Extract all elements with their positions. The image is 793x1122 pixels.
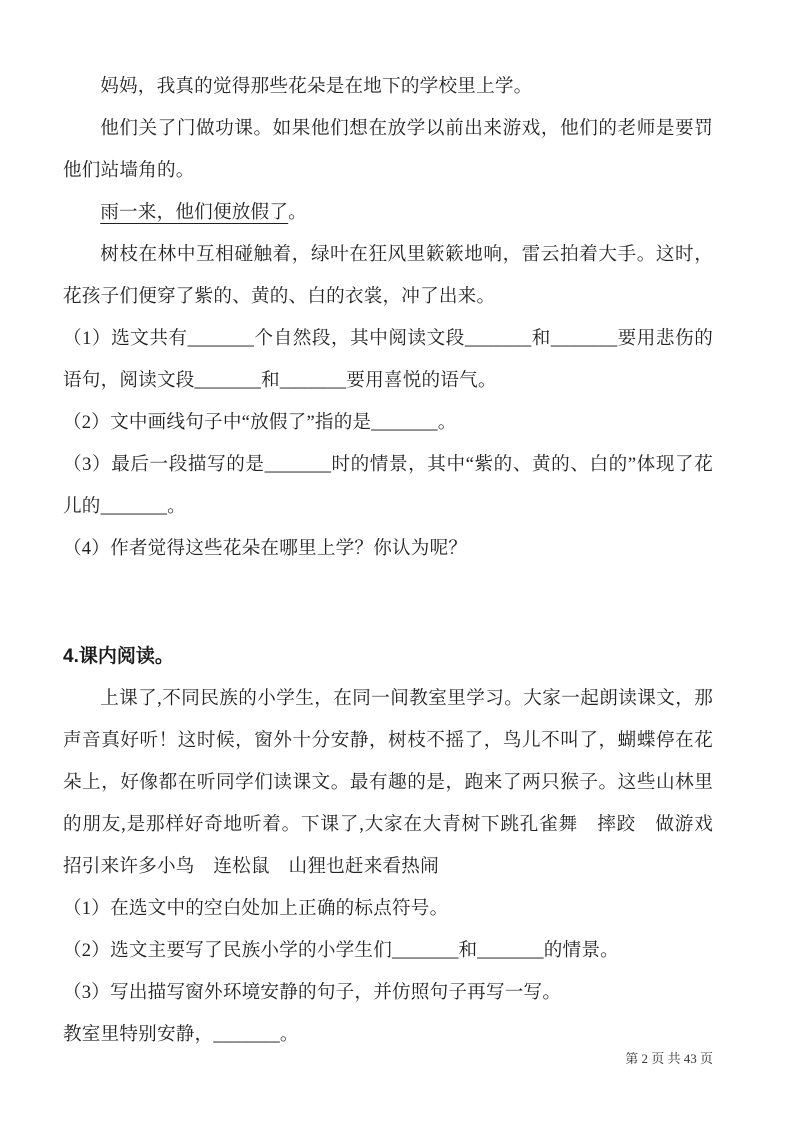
underlined-sentence-period: 。 xyxy=(288,202,307,223)
page-number-footer: 第 2 页 共 43 页 xyxy=(625,1050,713,1068)
passage-paragraph-4: 树枝在林中互相碰触着，绿叶在狂风里簌簌地响，雷云拍着大手。这时，花孩子们便穿了紫… xyxy=(63,234,713,318)
question-3-2: （2）文中画线句子中“放假了”指的是_______。 xyxy=(63,402,713,444)
passage-paragraph-1: 妈妈，我真的觉得那些花朵是在地下的学校里上学。 xyxy=(63,66,713,108)
question-3-1: （1）选文共有_______个自然段，其中阅读文段_______和_______… xyxy=(63,318,713,402)
section-4-passage: 上课了,不同民族的小学生，在同一间教室里学习。大家一起朗读课文，那声音真好听！这… xyxy=(63,678,713,888)
section-gap xyxy=(63,570,713,636)
question-4-1: （1）在选文中的空白处加上正确的标点符号。 xyxy=(63,888,713,930)
passage-paragraph-2: 他们关了门做功课。如果他们想在放学以前出来游戏，他们的老师是要罚他们站墙角的。 xyxy=(63,108,713,192)
answer-fill-line: 教室里特别安静，_______。 xyxy=(63,1014,713,1056)
question-3-3: （3）最后一段描写的是_______时的情景，其中“紫的、黄的、白的”体现了花儿… xyxy=(63,444,713,528)
question-4-3: （3）写出描写窗外环境安静的句子，并仿照句子再写一写。 xyxy=(63,972,713,1014)
question-4-2: （2）选文主要写了民族小学的小学生们_______和_______的情景。 xyxy=(63,930,713,972)
passage-paragraph-3: 雨一来，他们便放假了。 xyxy=(63,192,713,234)
question-3-4: （4）作者觉得这些花朵在哪里上学？你认为呢？ xyxy=(63,528,713,570)
underlined-sentence: 雨一来，他们便放假了 xyxy=(100,202,288,223)
document-page: 妈妈，我真的觉得那些花朵是在地下的学校里上学。 他们关了门做功课。如果他们想在放… xyxy=(0,0,793,1122)
section-4-heading: 4.课内阅读。 xyxy=(63,636,713,678)
